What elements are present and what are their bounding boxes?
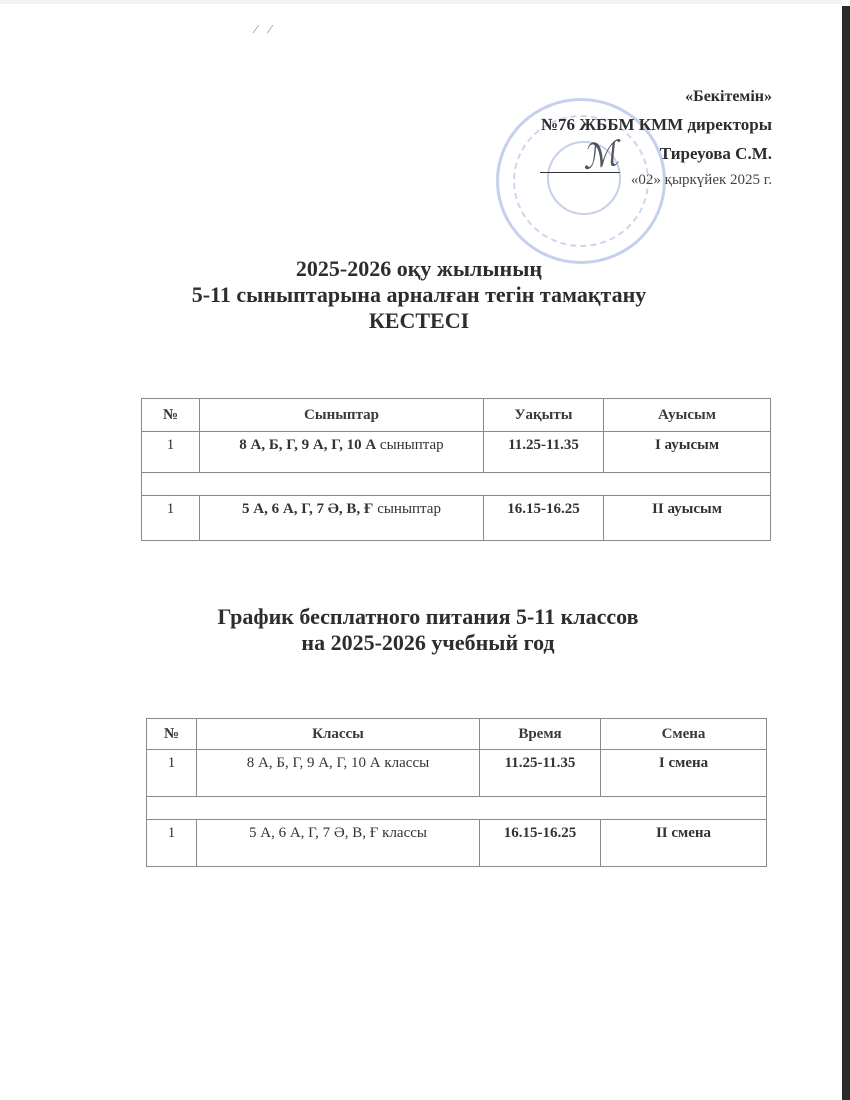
approval-heading: «Бекітемін» (541, 84, 772, 110)
cell-classes: 8 А, Б, Г, 9 А, Г, 10 А классы (197, 750, 480, 797)
cell-shift: ІІ смена (601, 820, 767, 867)
cell-number: 1 (147, 820, 197, 867)
table-spacer-row (147, 797, 767, 820)
header-classes: Сыныптар (200, 399, 484, 432)
header-number: № (147, 719, 197, 750)
classes-suffix: сыныптар (376, 437, 444, 453)
header-time: Уақыты (484, 399, 604, 432)
header-number: № (142, 399, 200, 432)
classes-suffix: сыныптар (373, 501, 441, 517)
cell-time: 11.25-11.35 (480, 750, 601, 797)
classes-list: 8 А, Б, Г, 9 А, Г, 10 А (239, 437, 376, 453)
cell-classes: 5 А, 6 А, Г, 7 Ә, В, Ғ сыныптар (200, 496, 484, 541)
scan-top-edge (0, 0, 842, 4)
table-row: 1 5 А, 6 А, Г, 7 Ә, В, Ғ сыныптар 16.15-… (142, 496, 771, 541)
cell-classes: 5 А, 6 А, Г, 7 Ә, В, Ғ классы (197, 820, 480, 867)
cell-time: 16.15-16.25 (480, 820, 601, 867)
cell-shift: ІІ ауысым (604, 496, 771, 541)
scan-artifact-mark: / / (251, 22, 278, 37)
title-kazakh: 2025-2026 оқу жылының 5-11 сыныптарына а… (0, 256, 844, 334)
schedule-table-kazakh: № Сыныптар Уақыты Ауысым 1 8 А, Б, Г, 9 … (141, 398, 771, 541)
title-ru-line2: на 2025-2026 учебный год (3, 630, 850, 656)
scan-right-edge (842, 6, 850, 1100)
table-header-row: № Сыныптар Уақыты Ауысым (142, 399, 771, 432)
schedule-table-russian: № Классы Время Смена 1 8 А, Б, Г, 9 А, Г… (146, 718, 767, 867)
header-time: Время (480, 719, 601, 750)
approval-position: №76 ЖББМ КММ директоры (541, 110, 772, 140)
title-kz-line3: КЕСТЕСІ (0, 308, 844, 334)
title-kz-line2: 5-11 сыныптарына арналған тегін тамақтан… (0, 282, 844, 308)
table-row: 1 5 А, 6 А, Г, 7 Ә, В, Ғ классы 16.15-16… (147, 820, 767, 867)
title-russian: График бесплатного питания 5-11 классов … (3, 604, 850, 656)
cell-number: 1 (142, 432, 200, 473)
header-shift: Ауысым (604, 399, 771, 432)
header-shift: Смена (601, 719, 767, 750)
cell-number: 1 (142, 496, 200, 541)
table-row: 1 8 А, Б, Г, 9 А, Г, 10 А сыныптар 11.25… (142, 432, 771, 473)
header-classes: Классы (197, 719, 480, 750)
table-spacer-row (142, 473, 771, 496)
approval-director-name: Тиреуова С.М. (541, 140, 772, 168)
cell-shift: І смена (601, 750, 767, 797)
cell-time: 16.15-16.25 (484, 496, 604, 541)
cell-classes: 8 А, Б, Г, 9 А, Г, 10 А сыныптар (200, 432, 484, 473)
cell-number: 1 (147, 750, 197, 797)
classes-list: 5 А, 6 А, Г, 7 Ә, В, Ғ (242, 501, 373, 517)
table-header-row: № Классы Время Смена (147, 719, 767, 750)
table-row: 1 8 А, Б, Г, 9 А, Г, 10 А классы 11.25-1… (147, 750, 767, 797)
title-kz-line1: 2025-2026 оқу жылының (0, 256, 844, 282)
approval-block: «Бекітемін» №76 ЖББМ КММ директоры Тиреу… (541, 84, 772, 192)
cell-shift: І ауысым (604, 432, 771, 473)
cell-time: 11.25-11.35 (484, 432, 604, 473)
title-ru-line1: График бесплатного питания 5-11 классов (3, 604, 850, 630)
approval-date: «02» қыркүйек 2025 г. (541, 168, 772, 192)
